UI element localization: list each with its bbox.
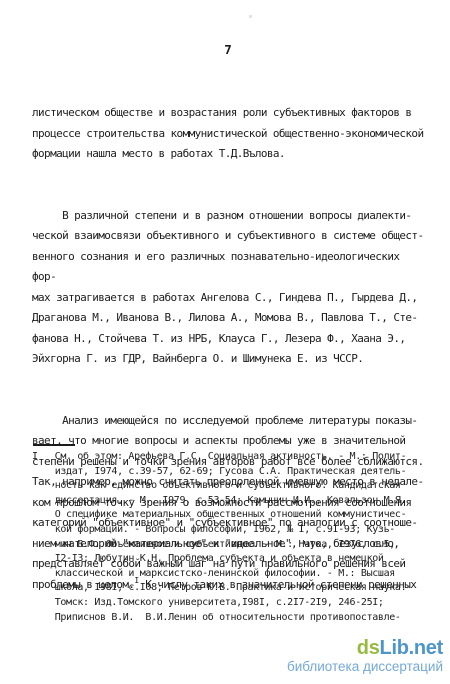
scan-artifact-dot — [249, 15, 252, 18]
paragraph-1: листическом обществе и возрастания роли … — [32, 103, 428, 165]
watermark-subtitle: библиотека диссертаций — [287, 660, 443, 675]
scanned-document-page: 7 листическом обществе и возрастания рол… — [0, 0, 450, 684]
page-number: 7 — [32, 42, 424, 57]
paragraph-2: В различной степени и в разном отношении… — [32, 206, 428, 370]
footnote-separator-rule — [33, 444, 75, 446]
footnote-block: I См. об этом: Арефьева Г.С. Социальная … — [32, 450, 432, 625]
dslib-logo-libnet: Lib.net — [380, 637, 443, 659]
library-watermark: dsLib.net библиотека диссертаций — [287, 637, 443, 675]
dslib-logo-ds: ds — [357, 637, 380, 659]
dslib-logo: dsLib.net — [287, 637, 443, 659]
